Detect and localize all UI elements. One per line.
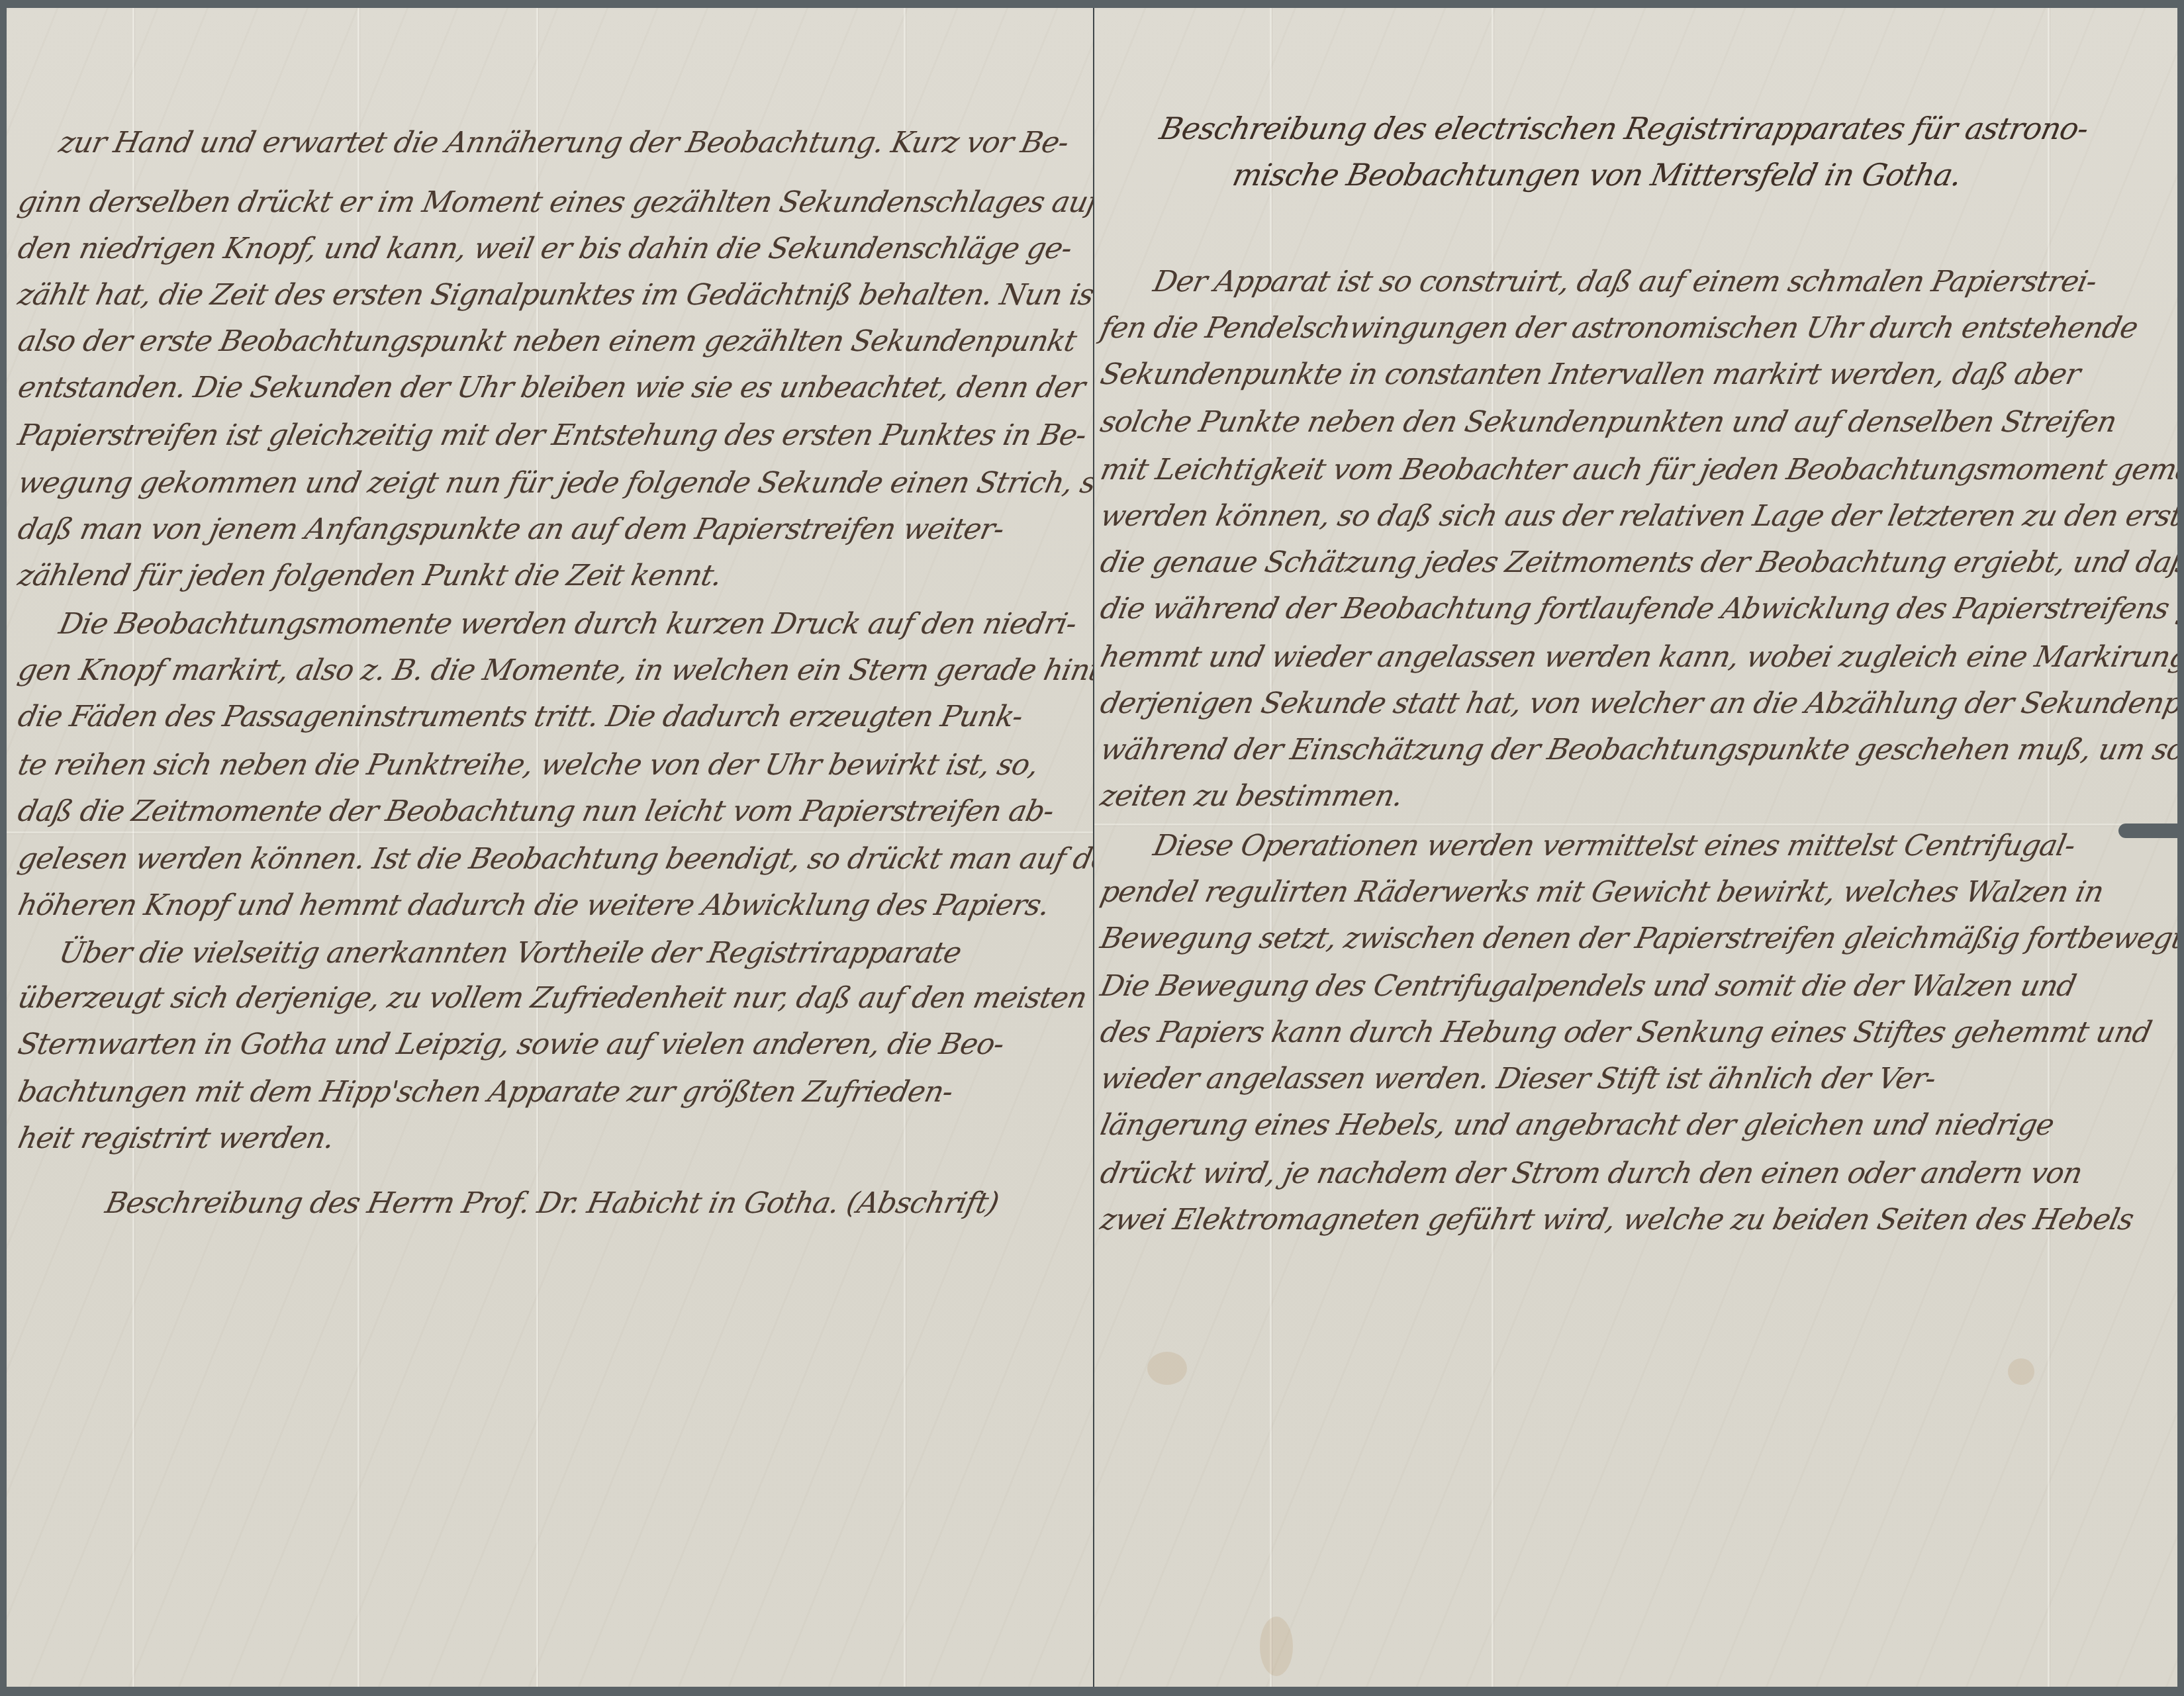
text-line: heit registrirt werden. xyxy=(15,1121,338,1155)
text-line: fen die Pendelschwingungen der astronomi… xyxy=(1098,311,2141,345)
text-line: zählend für jeden folgenden Punkt die Ze… xyxy=(15,559,725,592)
text-line: also der erste Beobachtungspunkt neben e… xyxy=(15,324,1080,358)
text-line: Die Beobachtungsmomente werden durch kur… xyxy=(56,607,1080,641)
text-line: die genaue Schätzung jedes Zeitmoments d… xyxy=(1098,545,2177,579)
text-line: zwei Elektromagneten geführt wird, welch… xyxy=(1098,1203,2137,1237)
text-line: Diese Operationen werden vermittelst ein… xyxy=(1151,829,2078,863)
left-page: zur Hand und erwartet die Annäherung der… xyxy=(7,8,1093,1687)
text-line: pendel regulirten Räderwerks mit Gewicht… xyxy=(1098,875,2107,909)
text-line: wieder angelassen werden. Dieser Stift i… xyxy=(1098,1062,1939,1096)
text-line: entstanden. Die Sekunden der Uhr bleiben… xyxy=(15,371,1088,404)
text-line: zur Hand und erwartet die Annäherung der… xyxy=(56,126,1072,160)
document-title: Beschreibung des electrischen Registrira… xyxy=(1157,111,2091,146)
text-line: drückt wird, je nachdem der Strom durch … xyxy=(1098,1156,2085,1190)
text-line: die Fäden des Passageninstruments tritt.… xyxy=(15,700,1026,733)
text-line: gen Knopf markirt, also z. B. die Moment… xyxy=(15,653,1093,687)
document-title: mische Beobachtungen von Mittersfeld in … xyxy=(1229,157,1964,193)
text-line: des Papiers kann durch Hebung oder Senku… xyxy=(1098,1015,2155,1049)
text-line: solche Punkte neben den Sekundenpunkten … xyxy=(1098,405,2120,439)
text-line: Die Bewegung des Centrifugalpendels und … xyxy=(1098,969,2079,1003)
text-line: gelesen werden können. Ist die Beobachtu… xyxy=(15,842,1093,876)
text-line: Papierstreifen ist gleichzeitig mit der … xyxy=(15,418,1090,452)
ink-stain xyxy=(2008,1358,2034,1385)
text-line: hemmt und wieder angelassen werden kann,… xyxy=(1098,640,2177,674)
text-line: derjenigen Sekunde statt hat, von welche… xyxy=(1098,686,2177,720)
ink-stain xyxy=(1147,1352,1187,1385)
text-line: Der Apparat ist so construirt, daß auf e… xyxy=(1151,265,2100,299)
text-line: werden können, so daß sich aus der relat… xyxy=(1098,499,2177,533)
text-line: zeiten zu bestimmen. xyxy=(1098,779,1406,813)
horizontal-fold-line xyxy=(1094,824,2177,825)
text-line: überzeugt sich derjenige, zu vollem Zufr… xyxy=(15,981,1090,1015)
text-line: die während der Beobachtung fortlaufende… xyxy=(1098,592,2177,626)
horizontal-fold-line xyxy=(7,831,1093,833)
text-line: zählt hat, die Zeit des ersten Signalpun… xyxy=(15,278,1093,312)
text-line: Bewegung setzt, zwischen denen der Papie… xyxy=(1098,921,2177,955)
text-line: Sternwarten in Gotha und Leipzig, sowie … xyxy=(15,1027,1007,1061)
text-line: Über die vielseitig anerkannten Vortheil… xyxy=(56,936,965,970)
text-line: bachtungen mit dem Hipp'schen Apparate z… xyxy=(15,1075,956,1109)
text-line: den niedrigen Knopf, und kann, weil er b… xyxy=(15,232,1075,265)
text-line: wegung gekommen und zeigt nun für jede f… xyxy=(15,466,1093,500)
text-line: daß man von jenem Anfangspunkte an auf d… xyxy=(15,512,1007,546)
text-line: mit Leichtigkeit vom Beobachter auch für… xyxy=(1098,453,2177,487)
text-line: Sekundenpunkte in constanten Intervallen… xyxy=(1098,357,2083,391)
ink-stain xyxy=(1260,1617,1293,1676)
text-line: daß die Zeitmomente der Beobachtung nun … xyxy=(15,794,1057,828)
text-line: längerung eines Hebels, und angebracht d… xyxy=(1098,1108,2057,1142)
paper-tear-notch xyxy=(2118,824,2184,838)
text-line: höheren Knopf und hemmt dadurch die weit… xyxy=(15,888,1053,922)
right-page: Beschreibung des electrischen Registrira… xyxy=(1094,8,2177,1687)
text-line: te reihen sich neben die Punktreihe, wel… xyxy=(15,748,1041,782)
text-line: während der Einschätzung der Beobachtung… xyxy=(1098,733,2177,767)
text-line: ginn derselben drückt er im Moment eines… xyxy=(15,185,1093,219)
closing-line: Beschreibung des Herrn Prof. Dr. Habicht… xyxy=(103,1186,1002,1220)
